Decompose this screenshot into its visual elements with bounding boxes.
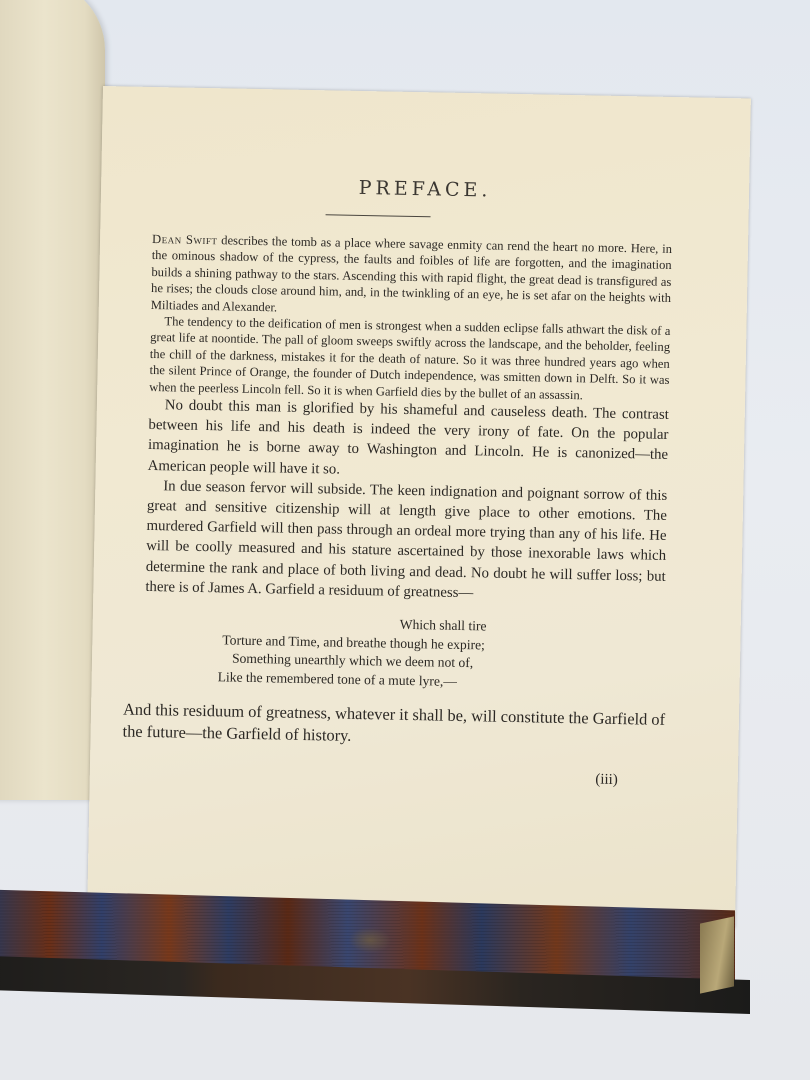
paragraph: No doubt this man is glorified by his sh… [148,395,669,486]
paragraph: In due season fervor will subside. The k… [145,476,667,607]
verse-quote: Which shall tire Torture and Time, and b… [143,611,664,699]
paragraph: Dean Swift describes the tomb as a place… [151,231,672,323]
small-type-section: Dean Swift describes the tomb as a place… [149,231,672,405]
left-page-curl [0,0,105,800]
cover-corner [700,916,734,993]
large-type-section: No doubt this man is glorified by his sh… [145,395,669,607]
lead-small-caps: Dean Swift [152,232,218,247]
preface-page: PREFACE. Dean Swift describes the tomb a… [87,86,751,928]
paragraph-text: describes the tomb as a place where sava… [151,233,672,314]
verse-line: Which shall tire [400,616,487,636]
paragraph: The tendency to the deification of men i… [149,313,670,405]
preface-body: Dean Swift describes the tomb as a place… [142,231,672,753]
title-rule [326,214,431,217]
closing-paragraph: And this residuum of greatness, whatever… [122,699,683,754]
page-number: (iii) [595,772,618,789]
verse-line: Like the remembered tone of a mute lyre,… [217,668,457,691]
page-title: PREFACE. [101,172,749,206]
